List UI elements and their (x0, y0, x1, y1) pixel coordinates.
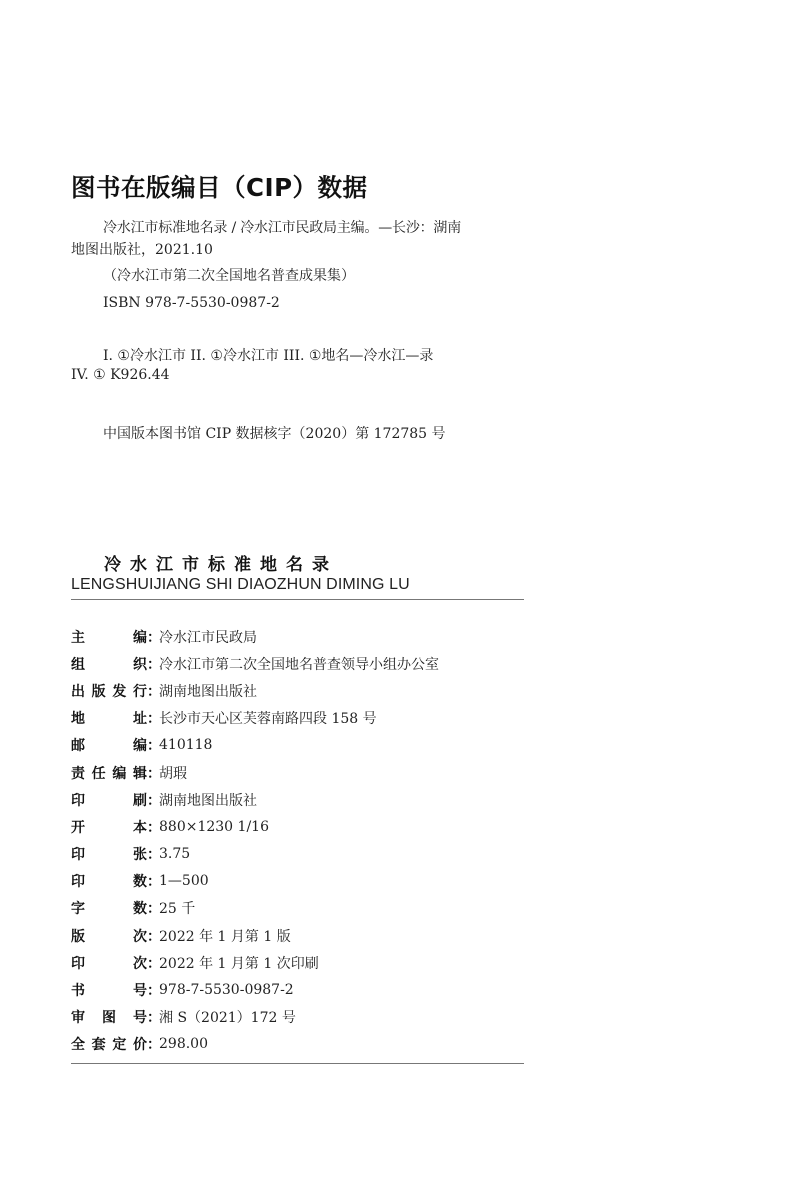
colophon-label-char: 印 (71, 844, 85, 864)
colophon-label-char: 印 (71, 871, 85, 891)
colophon-label-char: 次 (133, 953, 147, 973)
colophon-colon: ： (147, 844, 159, 864)
colophon-label-char: 开 (71, 817, 85, 837)
colophon-label-char: 印 (71, 953, 85, 973)
cip-classification: I. ①冷水江市 II. ①冷水江市 III. ①地名—冷水江—录 IV. ① … (71, 346, 531, 385)
colophon-label: 全套定价 (71, 1034, 147, 1054)
colophon-label: 字数 (71, 898, 147, 918)
colophon-row: 出版发行：湖南地图出版社 (71, 677, 439, 704)
colophon-colon: ： (147, 817, 159, 837)
colophon-value: 3.75 (159, 846, 190, 862)
colophon-label-char: 书 (71, 980, 85, 1000)
colophon-colon: ： (147, 681, 159, 701)
colophon-label: 书号 (71, 980, 147, 1000)
colophon-label: 印刷 (71, 790, 147, 810)
colophon-row: 组织：冷水江市第二次全国地名普查领导小组办公室 (71, 650, 439, 677)
colophon-label-char: 数 (133, 898, 147, 918)
colophon-row: 全套定价：298.00 (71, 1031, 439, 1058)
colophon-label-char: 辑 (133, 763, 147, 783)
colophon-value: 长沙市天心区芙蓉南路四段 158 号 (159, 708, 377, 728)
colophon-row: 开本：880×1230 1/16 (71, 813, 439, 840)
colophon-label-char: 版 (71, 926, 85, 946)
colophon-label-char: 主 (71, 627, 85, 647)
colophon-row: 版次：2022 年 1 月第 1 版 (71, 922, 439, 949)
colophon-list: 主编：冷水江市民政局组织：冷水江市第二次全国地名普查领导小组办公室出版发行：湖南… (71, 623, 439, 1058)
colophon-label: 出版发行 (71, 681, 147, 701)
cip-record: 中国版本图书馆 CIP 数据核字（2020）第 172785 号 (71, 424, 531, 444)
colophon-row: 主编：冷水江市民政局 (71, 623, 439, 650)
cip-record-number: 中国版本图书馆 CIP 数据核字（2020）第 172785 号 (71, 424, 531, 444)
colophon-label-char: 印 (71, 790, 85, 810)
colophon-label-char: 数 (133, 871, 147, 891)
classification-line-2: IV. ① K926.44 (71, 365, 531, 385)
colophon-label-char: 本 (133, 817, 147, 837)
colophon-label-char: 张 (133, 844, 147, 864)
colophon-label-char: 组 (71, 654, 85, 674)
colophon-value: 冷水江市第二次全国地名普查领导小组办公室 (159, 654, 439, 674)
colophon-label: 开本 (71, 817, 147, 837)
colophon-label-char: 编 (133, 627, 147, 647)
colophon-label-char: 字 (71, 898, 85, 918)
colophon-label-char: 任 (92, 763, 106, 783)
colophon-label: 印张 (71, 844, 147, 864)
colophon-colon: ： (147, 898, 159, 918)
colophon-label-char: 价 (133, 1034, 147, 1054)
cip-main-line: 冷水江市标准地名录 / 冷水江市民政局主编。—长沙：湖南 (71, 218, 531, 238)
colophon-value: 2022 年 1 月第 1 版 (159, 926, 291, 946)
colophon-colon: ： (147, 763, 159, 783)
colophon-row: 邮编：410118 (71, 732, 439, 759)
colophon-label-char: 织 (133, 654, 147, 674)
colophon-label: 邮编 (71, 735, 147, 755)
colophon-colon: ： (147, 627, 159, 647)
colophon-row: 地址：长沙市天心区芙蓉南路四段 158 号 (71, 705, 439, 732)
colophon-row: 印数：1—500 (71, 868, 439, 895)
colophon-row: 印次：2022 年 1 月第 1 次印刷 (71, 949, 439, 976)
colophon-colon: ： (147, 953, 159, 973)
colophon-colon: ： (147, 708, 159, 728)
cip-heading: 图书在版编目（CIP）数据 (71, 169, 368, 204)
colophon-value: 978-7-5530-0987-2 (159, 982, 294, 998)
colophon-label: 责任编辑 (71, 763, 147, 783)
colophon-colon: ： (147, 871, 159, 891)
colophon-label: 印次 (71, 953, 147, 973)
colophon-colon: ： (147, 1034, 159, 1054)
cip-series: （冷水江市第二次全国地名普查成果集） (71, 266, 531, 286)
colophon-value: 湖南地图出版社 (159, 790, 257, 810)
colophon-value: 410118 (159, 737, 212, 753)
colophon-row: 字数：25 千 (71, 895, 439, 922)
divider-top (71, 599, 524, 600)
colophon-label-char: 责 (71, 763, 85, 783)
colophon-label-char: 刷 (133, 790, 147, 810)
colophon-label-char: 次 (133, 926, 147, 946)
colophon-row: 书号：978-7-5530-0987-2 (71, 976, 439, 1003)
colophon-label: 版次 (71, 926, 147, 946)
colophon-colon: ： (147, 735, 159, 755)
colophon-label-char: 行 (133, 681, 147, 701)
colophon-value: 25 千 (159, 898, 195, 918)
colophon-value: 胡瑕 (159, 763, 187, 783)
colophon-value: 湖南地图出版社 (159, 681, 257, 701)
colophon-label-char: 出 (71, 681, 85, 701)
colophon-label-char: 定 (112, 1034, 126, 1054)
colophon-label: 印数 (71, 871, 147, 891)
colophon-label: 组织 (71, 654, 147, 674)
colophon-label-char: 发 (112, 681, 126, 701)
colophon-label-char: 号 (133, 980, 147, 1000)
colophon-label-char: 图 (102, 1007, 116, 1027)
cip-isbn: ISBN 978-7-5530-0987-2 (71, 293, 531, 313)
colophon-row: 印刷：湖南地图出版社 (71, 786, 439, 813)
classification-line-1: I. ①冷水江市 II. ①冷水江市 III. ①地名—冷水江—录 (71, 346, 531, 366)
colophon-colon: ： (147, 654, 159, 674)
colophon-row: 责任编辑：胡瑕 (71, 759, 439, 786)
colophon-colon: ： (147, 1007, 159, 1027)
colophon-value: 298.00 (159, 1036, 208, 1052)
colophon-row: 印张：3.75 (71, 841, 439, 868)
colophon-value: 2022 年 1 月第 1 次印刷 (159, 953, 319, 973)
book-title: 冷水江市标准地名录 (104, 550, 338, 575)
colophon-label-char: 编 (112, 763, 126, 783)
colophon-label-char: 址 (133, 708, 147, 728)
colophon-label-char: 全 (71, 1034, 85, 1054)
cip-main-line-cont: 地图出版社，2021.10 (71, 240, 531, 260)
colophon-value: 冷水江市民政局 (159, 627, 257, 647)
colophon-value: 880×1230 1/16 (159, 819, 269, 835)
colophon-label-char: 地 (71, 708, 85, 728)
colophon-label-char: 套 (92, 1034, 106, 1054)
colophon-row: 审图号：湘 S（2021）172 号 (71, 1004, 439, 1031)
colophon-label-char: 审 (71, 1007, 85, 1027)
cip-entry: 冷水江市标准地名录 / 冷水江市民政局主编。—长沙：湖南 地图出版社，2021.… (71, 218, 531, 313)
colophon-label-char: 号 (133, 1007, 147, 1027)
colophon-value: 1—500 (159, 873, 209, 889)
colophon-label-char: 邮 (71, 735, 85, 755)
colophon-label-char: 编 (133, 735, 147, 755)
colophon-label-char: 版 (92, 681, 106, 701)
colophon-colon: ： (147, 926, 159, 946)
colophon-label: 地址 (71, 708, 147, 728)
colophon-label: 主编 (71, 627, 147, 647)
colophon-colon: ： (147, 980, 159, 1000)
colophon-value: 湘 S（2021）172 号 (159, 1007, 296, 1027)
book-title-pinyin: LENGSHUIJIANG SHI DIAOZHUN DIMING LU (71, 576, 410, 594)
colophon-colon: ： (147, 790, 159, 810)
colophon-label: 审图号 (71, 1007, 147, 1027)
divider-bottom (71, 1063, 524, 1064)
